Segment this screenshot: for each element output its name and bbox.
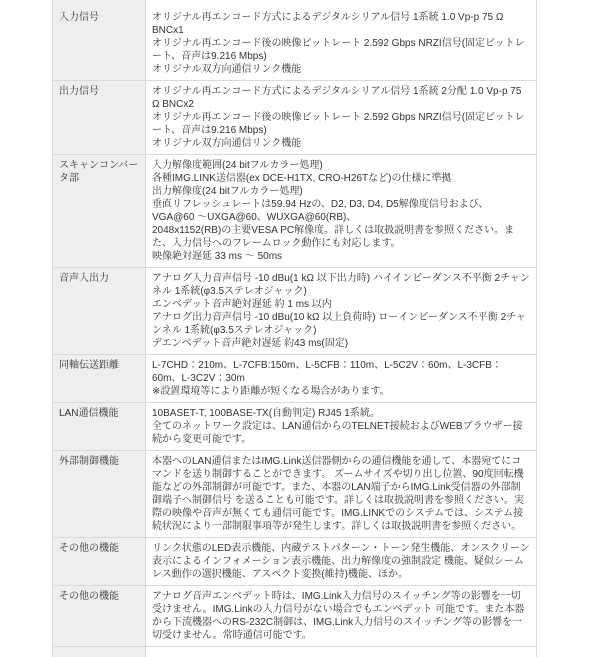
spec-row: スキャンコンバータ部 入力解像度範囲(24 bitフルカラー処理)各種IMG.L… xyxy=(53,155,536,268)
spec-line: アナログ入力音声信号 -10 dBu(1 kΩ 以下出力時) ハイインピーダンス… xyxy=(152,272,530,298)
spec-row-value: オリジナル再エンコード方式によるデジタルシリアル信号 1系統 2分配 1.0 V… xyxy=(146,81,536,154)
spec-line: エンベデット音声絶対遅延 約 1 ms 以内 xyxy=(152,298,530,311)
spec-line: 本器へのLAN通信またはIMG.Link送信器側からの通信機能を通して、本器宛て… xyxy=(152,455,530,533)
spec-row-value: アナログ入力音声信号 -10 dBu(1 kΩ 以下出力時) ハイインピーダンス… xyxy=(146,268,536,354)
spec-line: 各種IMG.LINK送信器(ex DCE-H1TX, CRO-H26Tなど)の仕… xyxy=(152,172,530,185)
spec-row-value: 入力解像度範囲(24 bitフルカラー処理)各種IMG.LINK送信器(ex D… xyxy=(146,155,536,267)
spec-row: LAN通信機能 10BASET-T, 100BASE-TX(自動判定) RJ45… xyxy=(53,403,536,451)
spec-row-value: リンク状態のLED表示機能、内蔵テストパターン・トーン発生機能、オンスクリーン表… xyxy=(146,538,536,585)
spec-line: 2048x1152(RB)の主要VESA PC解像度。詳しくは取扱説明書を参照く… xyxy=(152,224,530,250)
spec-row-label: その他の機能 xyxy=(53,538,146,585)
spec-line: 垂直リフレッシュレートは59.94 Hzの、D2, D3, D4, D5解像度信… xyxy=(152,198,530,224)
spec-row: 同軸伝送距離 L-7CHD：210m、L-7CFB:150m、L-5CFB：11… xyxy=(53,355,536,403)
spec-line: L-7CHD：210m、L-7CFB:150m、L-5CFB：110m、L-5C… xyxy=(152,359,530,385)
spec-line: ※設置環境等により距離が短くなる場合があります。 xyxy=(152,385,530,398)
spec-row-value: オリジナル再エンコード方式によるデジタルシリアル信号 1系統 1.0 Vp-p … xyxy=(146,7,536,80)
spec-row: 音声入出力 アナログ入力音声信号 -10 dBu(1 kΩ 以下出力時) ハイイ… xyxy=(53,268,536,355)
spec-line: オリジナル再エンコード後の映像ビットレート 2.592 Gbps NRZI信号(… xyxy=(152,111,530,137)
spec-line: 入力解像度範囲(24 bitフルカラー処理) xyxy=(152,159,530,172)
spec-line: 10BASET-T, 100BASE-TX(自動判定) RJ45 1系統。 xyxy=(152,407,530,420)
spec-row: その他の機能 リンク状態のLED表示機能、内蔵テストパターン・トーン発生機能、オ… xyxy=(53,538,536,586)
spec-row-label: スキャンコンバータ部 xyxy=(53,155,146,267)
spec-line: オリジナル双方向通信リンク機能 xyxy=(152,137,530,150)
spec-row-label: その他の機能 xyxy=(53,586,146,600)
spec-row: 外部制御機能 本器へのLAN通信またはIMG.Link送信器側からの通信機能を通… xyxy=(53,451,536,538)
spec-row: その他の機能 アナログ音声エンベデット時は、IMG.Link入力信号のスイッチン… xyxy=(53,586,536,600)
cropped-row-top xyxy=(53,0,536,7)
spec-row-value: L-7CHD：210m、L-7CFB:150m、L-5CFB：110m、L-5C… xyxy=(146,355,536,402)
spec-line: 全てのネットワーク設定は、LAN通信からのTELNET接続およびWEBブラウザー… xyxy=(152,420,530,446)
spec-row-label: 出力信号 xyxy=(53,81,146,154)
spec-line: アナログ音声エンベデット時は、IMG.Link入力信号のスイッチング等の影響を一… xyxy=(152,590,530,600)
spec-line: 出力解像度(24 bitフルカラー処理) xyxy=(152,185,530,198)
spec-line: オリジナル双方向通信リンク機能 xyxy=(152,63,530,76)
spec-line: オリジナル再エンコード方式によるデジタルシリアル信号 1系統 1.0 Vp-p … xyxy=(152,11,530,37)
spec-row-value: 本器へのLAN通信またはIMG.Link送信器側からの通信機能を通して、本器宛て… xyxy=(146,451,536,537)
spec-row: 入力信号 オリジナル再エンコード方式によるデジタルシリアル信号 1系統 1.0 … xyxy=(53,7,536,81)
spec-row-label: 外部制御機能 xyxy=(53,451,146,537)
spec-line: オリジナル再エンコード後の映像ビットレート 2.592 Gbps NRZI信号(… xyxy=(152,37,530,63)
spec-line: デエンベデット音声絶対遅延 約43 ms(固定) xyxy=(152,337,530,350)
spec-table: 入力信号 オリジナル再エンコード方式によるデジタルシリアル信号 1系統 1.0 … xyxy=(52,0,537,600)
spec-line: 映像絶対遅延 33 ms ～ 50ms xyxy=(152,250,530,263)
spec-row: 出力信号 オリジナル再エンコード方式によるデジタルシリアル信号 1系統 2分配 … xyxy=(53,81,536,155)
spec-line: リンク状態のLED表示機能、内蔵テストパターン・トーン発生機能、オンスクリーン表… xyxy=(152,542,530,581)
spec-row-value: アナログ音声エンベデット時は、IMG.Link入力信号のスイッチング等の影響を一… xyxy=(146,586,536,600)
spec-row-label: 同軸伝送距離 xyxy=(53,355,146,402)
spec-row-label: 音声入出力 xyxy=(53,268,146,354)
spec-line: オリジナル再エンコード方式によるデジタルシリアル信号 1系統 2分配 1.0 V… xyxy=(152,85,530,111)
spec-line: アナログ出力音声信号 -10 dBu(10 kΩ 以上負荷時) ローインピーダン… xyxy=(152,311,530,337)
spec-row-label: 入力信号 xyxy=(53,7,146,80)
spec-row-label: LAN通信機能 xyxy=(53,403,146,450)
spec-row-value: 10BASET-T, 100BASE-TX(自動判定) RJ45 1系統。全ての… xyxy=(146,403,536,450)
